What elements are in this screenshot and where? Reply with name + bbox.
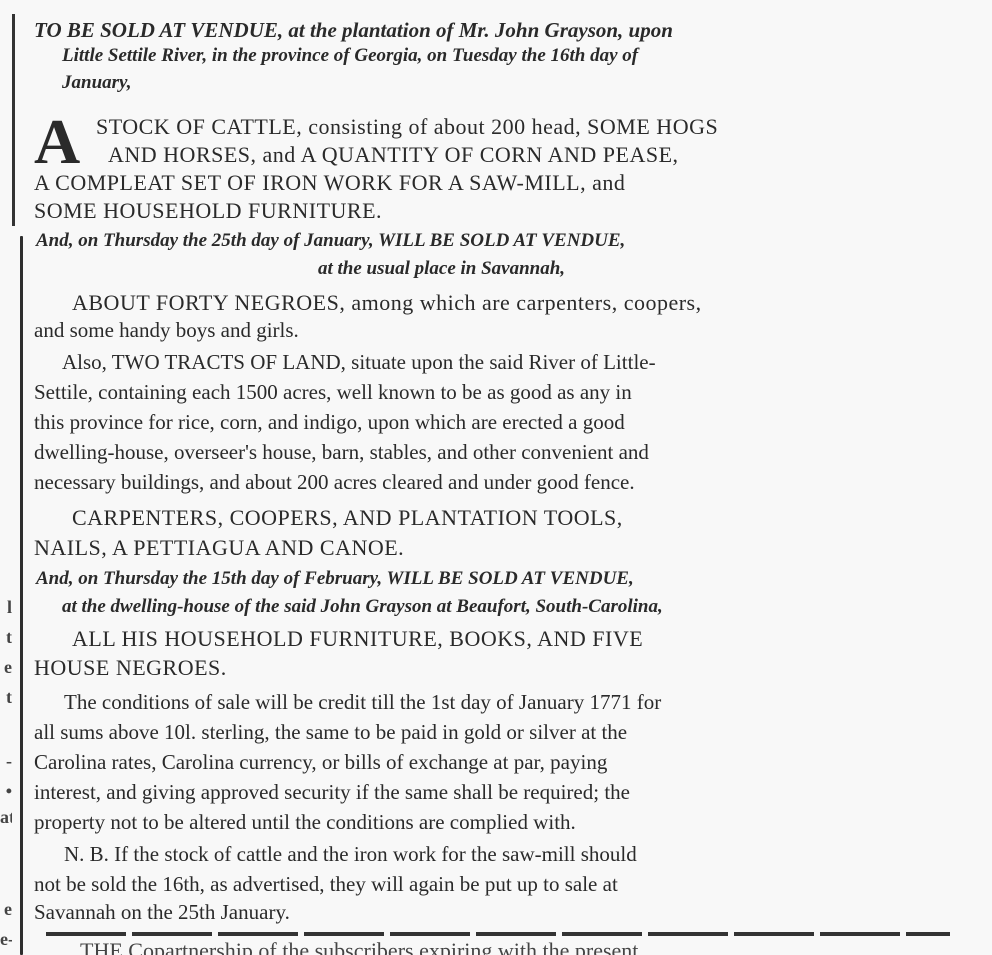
sale2-intro: And, on Thursday the 25th day of January… <box>36 230 625 252</box>
lot1-line: SOME HOUSEHOLD FURNITURE. <box>34 198 382 224</box>
advert-heading-line: TO BE SOLD AT VENDUE, at the plantation … <box>34 18 673 43</box>
sale2-intro-location: at the usual place in Savannah, <box>318 258 565 280</box>
conditions-line: property not to be altered until the con… <box>34 810 576 835</box>
lot1-line: STOCK OF CATTLE, consisting of about 200… <box>96 114 718 140</box>
left-column-fragment: l <box>0 598 12 616</box>
tools-line: NAILS, A PETTIAGUA AND CANOE. <box>34 535 404 561</box>
left-column-fragment: e <box>0 658 12 676</box>
sale2-line: ABOUT FORTY NEGROES, among which are car… <box>72 290 702 316</box>
land-line: necessary buildings, and about 200 acres… <box>34 470 635 495</box>
drop-cap: A <box>34 110 80 174</box>
tools-line: CARPENTERS, COOPERS, AND PLANTATION TOOL… <box>72 505 623 531</box>
conditions-line: The conditions of sale will be credit ti… <box>64 690 661 715</box>
land-line: Also, TWO TRACTS OF LAND, situate upon t… <box>62 350 656 375</box>
left-column-fragment: e <box>0 900 12 918</box>
sale3-line: HOUSE NEGROES. <box>34 655 227 681</box>
nota-bene-line: N. B. If the stock of cattle and the iro… <box>64 842 637 867</box>
left-column-fragment: t <box>0 628 12 646</box>
left-column-fragment: at <box>0 808 12 826</box>
newspaper-page: l t e t - • at e e- TO BE SOLD AT VENDUE… <box>0 0 992 955</box>
conditions-line: interest, and giving approved security i… <box>34 780 630 805</box>
advert-heading-line: Little Settile River, in the province of… <box>62 45 638 67</box>
left-column-fragment: - <box>0 752 12 770</box>
land-line: dwelling-house, overseer's house, barn, … <box>34 440 649 465</box>
conditions-line: all sums above 10l. sterling, the same t… <box>34 720 627 745</box>
lot1-line: A COMPLEAT SET OF IRON WORK FOR A SAW-MI… <box>34 170 625 196</box>
lot1-line: AND HORSES, and A QUANTITY OF CORN AND P… <box>108 142 679 168</box>
advert-divider-rule <box>46 932 950 936</box>
sale3-intro-location: at the dwelling-house of the said John G… <box>62 596 663 618</box>
left-column-fragment: • <box>0 782 12 800</box>
sale2-line: and some handy boys and girls. <box>34 318 299 343</box>
left-column-fragment: e- <box>0 930 12 948</box>
advert-heading-line: January, <box>62 72 132 94</box>
column-rule <box>20 236 23 955</box>
nota-bene-line: Savannah on the 25th January. <box>34 900 290 925</box>
column-rule-top <box>12 14 15 226</box>
land-line: Settile, containing each 1500 acres, wel… <box>34 380 632 405</box>
nota-bene-line: not be sold the 16th, as advertised, the… <box>34 872 618 897</box>
left-column-fragment: t <box>0 688 12 706</box>
sale3-line: ALL HIS HOUSEHOLD FURNITURE, BOOKS, AND … <box>72 626 643 652</box>
conditions-line: Carolina rates, Carolina currency, or bi… <box>34 750 607 775</box>
sale3-intro: And, on Thursday the 15th day of Februar… <box>36 568 634 590</box>
next-advert-partial: THE Copartnership of the subscribers exp… <box>80 938 960 955</box>
land-line: this province for rice, corn, and indigo… <box>34 410 625 435</box>
